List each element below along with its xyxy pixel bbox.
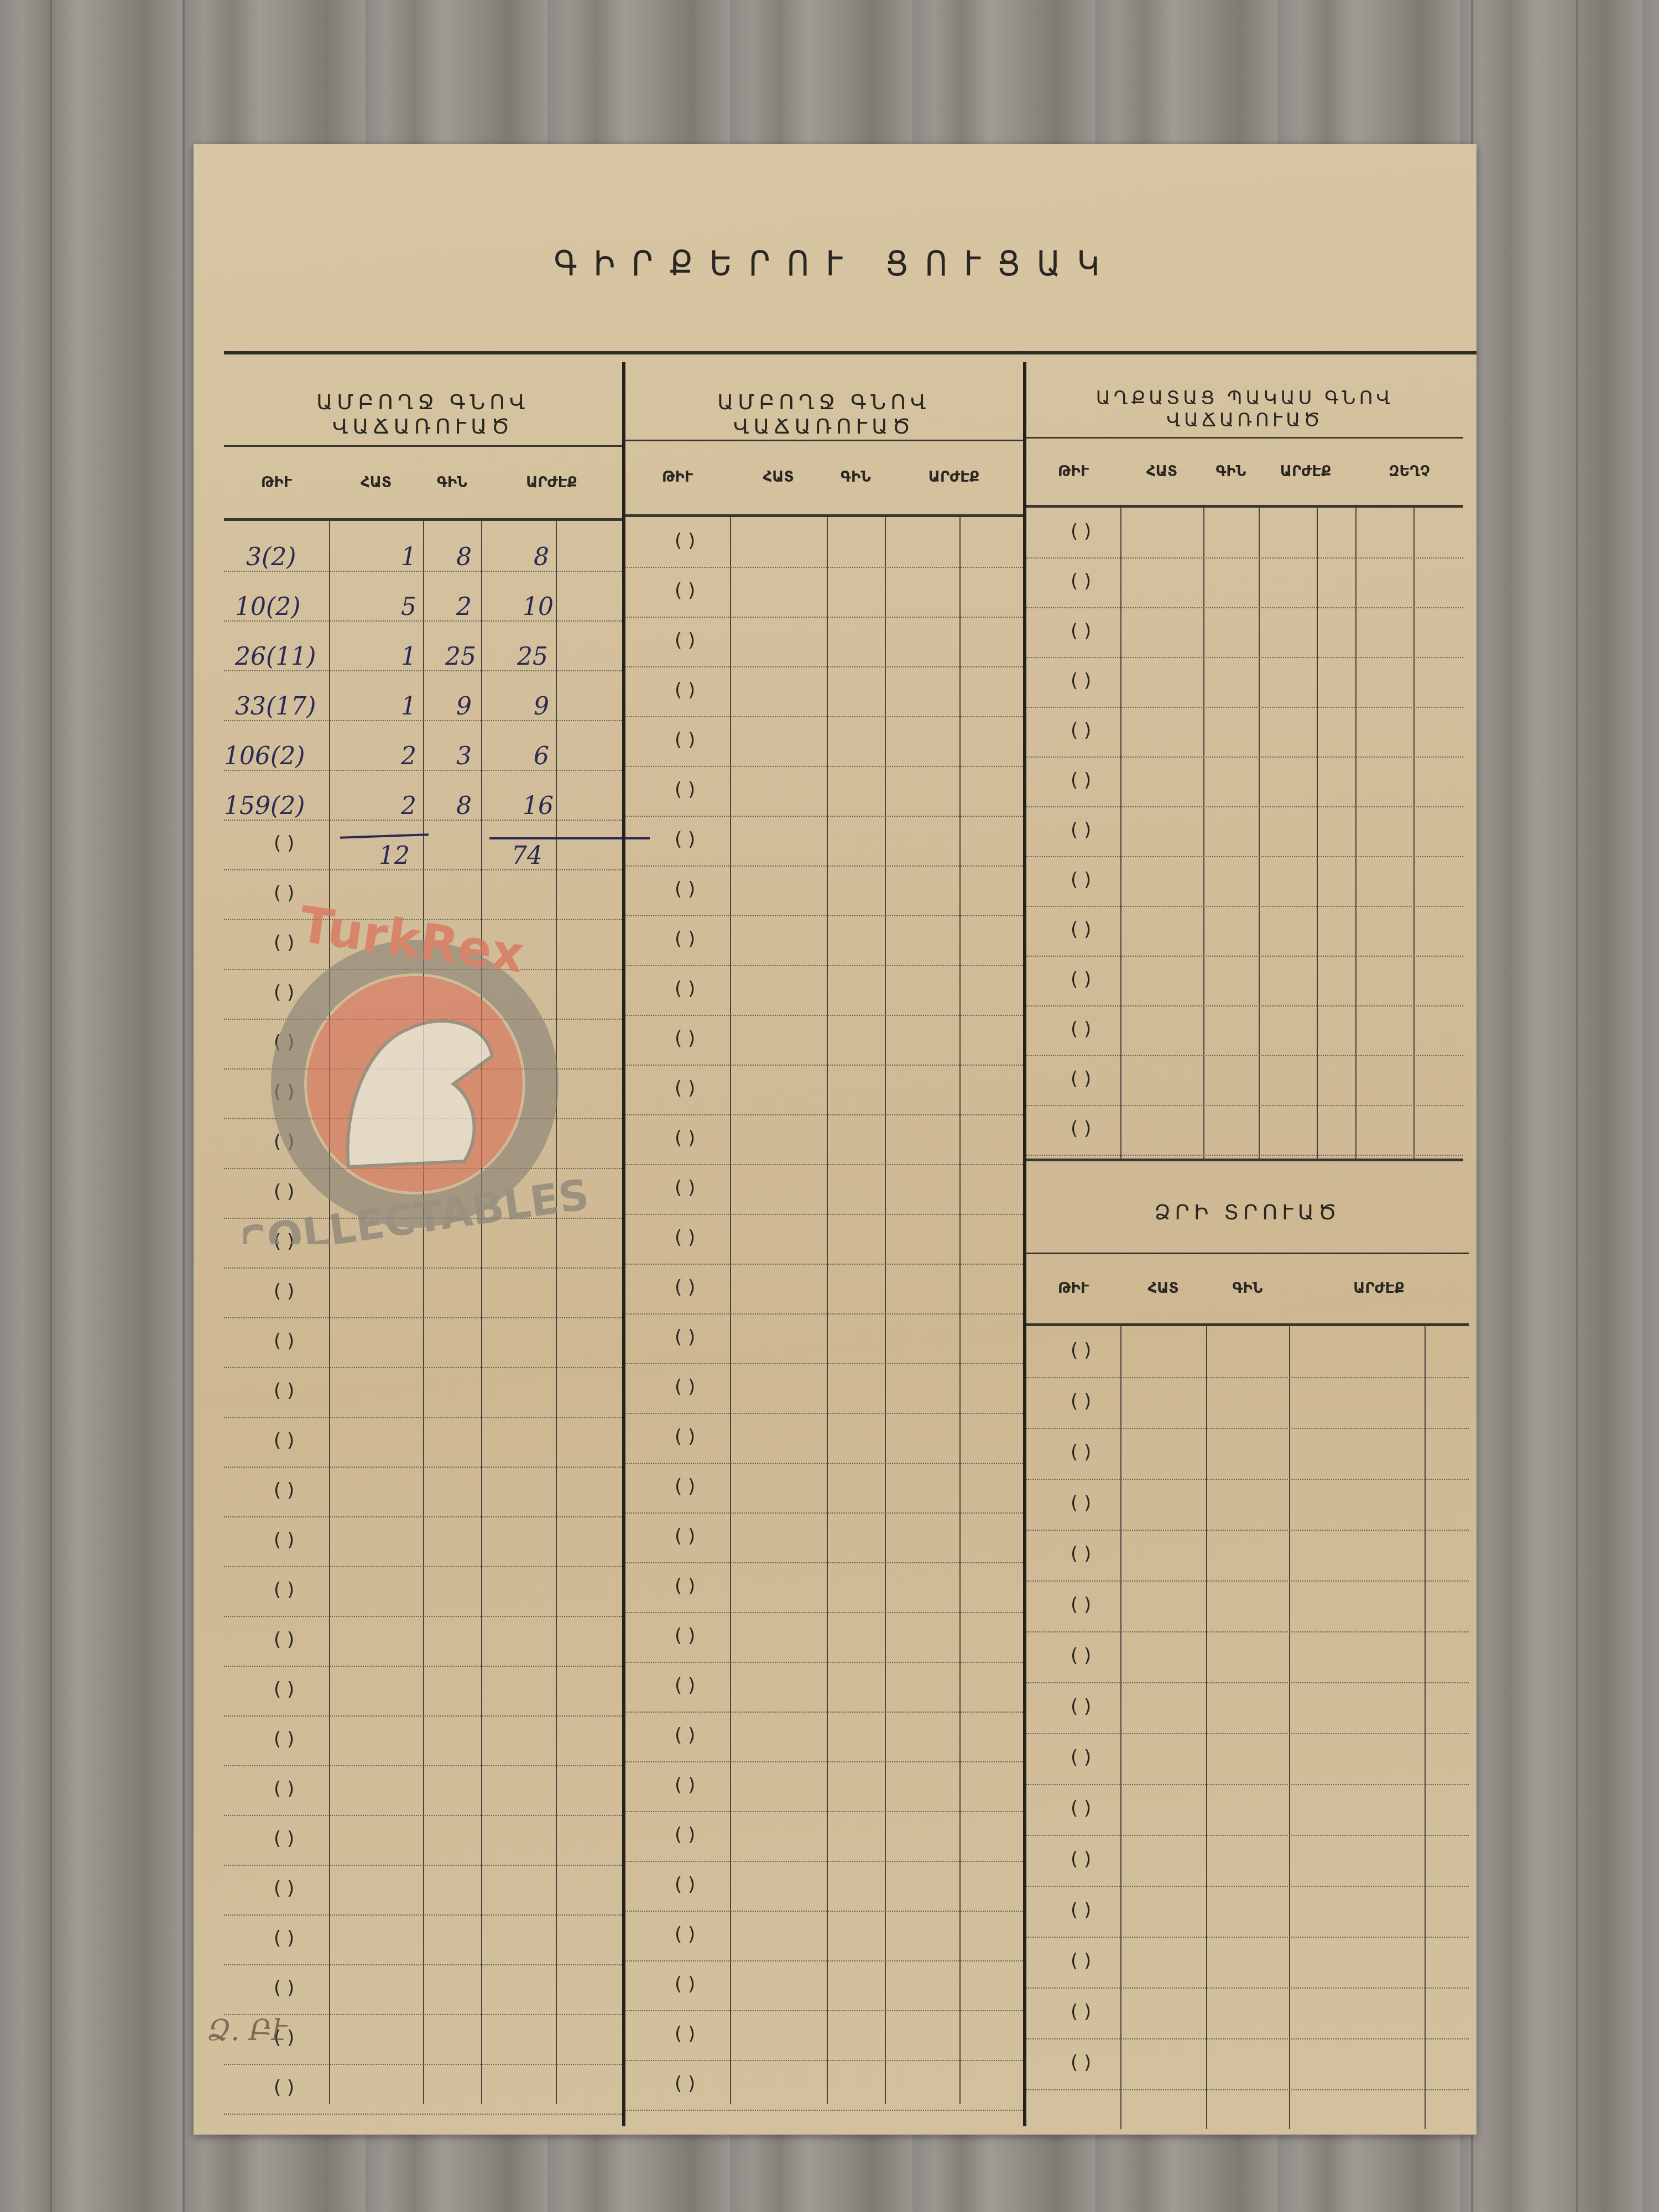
table-row: ( ) xyxy=(224,1865,622,1916)
entry-number-placeholder: ( ) xyxy=(1071,1441,1091,1463)
table-row: ( ) xyxy=(224,1765,622,1816)
entry-number-placeholder: ( ) xyxy=(274,1579,294,1601)
divider xyxy=(625,440,1023,441)
table-row: ( ) xyxy=(625,1363,1023,1414)
table-row: ( ) xyxy=(625,1512,1023,1563)
entry-price: 2 xyxy=(456,593,472,621)
entry-price: 8 xyxy=(456,543,472,571)
col-header-value: ԱՐԺԷՔ xyxy=(481,448,622,517)
entry-number-placeholder: ( ) xyxy=(675,1923,695,1945)
col-header-copies: ՀԱՏ xyxy=(1120,1255,1206,1322)
entry-number-placeholder: ( ) xyxy=(675,1774,695,1796)
divider xyxy=(1026,1253,1469,1254)
entry-number-placeholder: ( ) xyxy=(1071,1068,1091,1090)
table-row: ( ) xyxy=(625,2060,1023,2111)
table-row: ( ) xyxy=(1026,757,1463,807)
table-row: ( ) xyxy=(1026,2038,1469,2090)
entry-copies: 5 xyxy=(401,593,416,621)
divider xyxy=(1026,1159,1463,1161)
entry-number-placeholder: ( ) xyxy=(274,882,294,904)
table-row: ( ) xyxy=(1026,856,1463,907)
entry-number-placeholder: ( ) xyxy=(274,1430,294,1452)
entry-number-placeholder: ( ) xyxy=(1071,2001,1091,2023)
table-row: ( ) xyxy=(625,1164,1023,1215)
entry-number-placeholder: ( ) xyxy=(1071,1899,1091,1921)
entry-number-placeholder: ( ) xyxy=(675,580,695,602)
entry-number-placeholder: ( ) xyxy=(274,2077,294,2099)
table-row: ( ) xyxy=(625,567,1023,618)
table-row: ( ) xyxy=(224,1616,622,1667)
col-header-copies: ՀԱՏ xyxy=(1120,440,1203,503)
entry-number-placeholder: ( ) xyxy=(675,1426,695,1448)
entry-number-placeholder: ( ) xyxy=(675,1824,695,1846)
section-heading: ԱՄԲՈՂՋ ԳՆՈՎ ՎԱՃԱՌՈՒԱԾ xyxy=(224,390,622,439)
col-header-value: ԱՐԺԷՔ xyxy=(1289,1255,1469,1322)
table-row: ( ) xyxy=(625,1562,1023,1613)
entry-number-placeholder: ( ) xyxy=(675,679,695,701)
table-row: ( ) xyxy=(625,1264,1023,1314)
table-row: ( ) xyxy=(224,1914,622,1965)
table-row: ( ) xyxy=(1026,1886,1469,1938)
entry-price: 25 xyxy=(445,643,476,671)
entry-number: 3(2) xyxy=(246,543,296,571)
entry-number-placeholder: ( ) xyxy=(675,1575,695,1597)
entry-number-placeholder: ( ) xyxy=(274,1678,294,1700)
entry-copies: 2 xyxy=(401,742,416,770)
table-row: ( ) xyxy=(625,517,1023,568)
table-row: ( ) xyxy=(224,1666,622,1717)
entry-number-placeholder: ( ) xyxy=(675,2073,695,2095)
table-row: ( ) xyxy=(224,1566,622,1617)
entry-number-placeholder: ( ) xyxy=(1071,1645,1091,1667)
entry-value: 25 xyxy=(517,643,548,671)
col-header-price: ԳԻՆ xyxy=(1203,440,1259,503)
entry-number-placeholder: ( ) xyxy=(1071,1492,1091,1514)
entry-number-placeholder: ( ) xyxy=(675,1376,695,1398)
entry-value: 8 xyxy=(534,543,549,571)
table-row: ( ) xyxy=(1026,1428,1469,1480)
table-row: ( ) xyxy=(1026,1055,1463,1106)
entry-number-placeholder: ( ) xyxy=(1071,1543,1091,1565)
table-row: ( ) xyxy=(625,865,1023,916)
entry-value: 16 xyxy=(523,792,554,820)
section-full-price-sold-2: ԱՄԲՈՂՋ ԳՆՈՎ ՎԱՃԱՌՈՒԱԾ ԹԻՒ ՀԱՏ ԳԻՆ ԱՐԺԷՔ … xyxy=(625,362,1023,2104)
col-header-number: ԹԻՒ xyxy=(1026,1255,1120,1322)
title-rule xyxy=(224,351,1477,354)
divider xyxy=(224,445,622,447)
col-header-value: ԱՐԺԷՔ xyxy=(885,442,1023,512)
entry-number-placeholder: ( ) xyxy=(274,1479,294,1501)
entry-number-placeholder: ( ) xyxy=(1071,670,1091,692)
table-row: ( ) xyxy=(224,1367,622,1418)
col-header-discount: ԶԵՂՉ xyxy=(1355,440,1463,503)
entry-number-placeholder: ( ) xyxy=(274,1280,294,1302)
table-row: ( ) xyxy=(625,666,1023,717)
table-row: ( ) xyxy=(1026,657,1463,708)
table-row: ( ) xyxy=(1026,906,1463,957)
table-row: ( ) xyxy=(625,2010,1023,2061)
entries-grid: ( )( )( )( )( )( )( )( )( )( )( )( )( )(… xyxy=(625,517,1023,2104)
table-row: ( ) xyxy=(1026,1326,1469,1378)
total-copies: 12 xyxy=(379,842,410,870)
entry-number-placeholder: ( ) xyxy=(1071,1695,1091,1718)
table-row: ( ) xyxy=(224,1815,622,1866)
entry-number-placeholder: ( ) xyxy=(1071,1746,1091,1768)
entry-number-placeholder: ( ) xyxy=(675,1227,695,1249)
table-row: ( ) xyxy=(1026,806,1463,857)
entry-number-placeholder: ( ) xyxy=(274,1529,294,1551)
entries-grid: ( )( )( )( )( )( )( )( )( )( )( )( )( )(… xyxy=(1026,1326,1469,2129)
entry-number-placeholder: ( ) xyxy=(1071,520,1091,542)
entry-number-placeholder: ( ) xyxy=(1071,968,1091,990)
entry-number-placeholder: ( ) xyxy=(274,1380,294,1402)
table-row: ( ) xyxy=(625,1811,1023,1862)
section-heading: ՁՐԻ ՏՐՈՒԱԾ xyxy=(1026,1200,1469,1224)
entry-number-placeholder: ( ) xyxy=(1071,719,1091,742)
divider xyxy=(1026,437,1463,439)
section-heading: ԱՄԲՈՂՋ ԳՆՈՎ ՎԱՃԱՌՈՒԱԾ xyxy=(625,390,1023,439)
table-row: ( ) xyxy=(224,1516,622,1567)
entry-number-placeholder: ( ) xyxy=(1071,1118,1091,1140)
section-heading: ԱՂՔԱՏԱՑ ՊԱԿԱՍ ԳՆՈՎ ՎԱՃԱՌՈՒԱԾ xyxy=(1026,387,1463,431)
table-row: ( ) xyxy=(625,766,1023,817)
entry-number-placeholder: ( ) xyxy=(675,1027,695,1050)
table-row: ( ) xyxy=(224,1317,622,1368)
table-row: ( ) xyxy=(1026,1005,1463,1056)
table-row: ( ) xyxy=(625,965,1023,1016)
entry-price: 9 xyxy=(456,692,472,721)
col-header-price: ԳԻՆ xyxy=(1206,1255,1289,1322)
entry-number-placeholder: ( ) xyxy=(1071,769,1091,791)
margin-note: Ձ. Բէ xyxy=(207,2014,287,2047)
entry-number-placeholder: ( ) xyxy=(1071,1797,1091,1819)
table-row: ( ) xyxy=(625,1960,1023,2011)
turkrex-watermark-logo: TurkRex COLLECTABLES xyxy=(243,901,586,1244)
table-row: ( ) xyxy=(224,1417,622,1468)
entry-number-placeholder: ( ) xyxy=(675,1077,695,1099)
entry-number-placeholder: ( ) xyxy=(1071,2052,1091,2074)
table-row: ( ) xyxy=(1026,607,1463,658)
entry-price: 8 xyxy=(456,792,472,820)
entry-number-placeholder: ( ) xyxy=(1071,620,1091,642)
table-row: ( ) xyxy=(625,1761,1023,1812)
entry-number-placeholder: ( ) xyxy=(274,1330,294,1352)
entry-number: 26(11) xyxy=(235,643,316,671)
entry-number-placeholder: ( ) xyxy=(274,1778,294,1800)
total-value: 74 xyxy=(512,842,542,870)
section-given-free: ՁՐԻ ՏՐՈՒԱԾ ԹԻՒ ՀԱՏ ԳԻՆ ԱՐԺԷՔ ( )( )( )( … xyxy=(1026,1167,1469,2129)
entry-number-placeholder: ( ) xyxy=(675,1973,695,1995)
table-row: ( ) xyxy=(625,915,1023,966)
entry-number-placeholder: ( ) xyxy=(675,1326,695,1348)
table-row: ( ) xyxy=(625,1214,1023,1265)
entry-number-placeholder: ( ) xyxy=(675,729,695,751)
col-header-number: ԹԻՒ xyxy=(625,442,730,512)
entry-number-placeholder: ( ) xyxy=(675,1525,695,1547)
entry-value: 9 xyxy=(534,692,549,721)
entry-number-placeholder: ( ) xyxy=(274,1728,294,1750)
table-row: ( ) xyxy=(1026,1987,1469,2039)
table-row: ( ) xyxy=(625,716,1023,767)
entry-number-placeholder: ( ) xyxy=(675,828,695,851)
table-row: ( ) xyxy=(625,1463,1023,1514)
book-list-form: ԳԻՐՔԵՐՈՒ ՑՈՒՑԱԿ ԱՄԲՈՂՋ ԳՆՈՎ ՎԱՃԱՌՈՒԱԾ ԹԻ… xyxy=(194,144,1477,2135)
entry-number-placeholder: ( ) xyxy=(675,928,695,950)
table-row: ( ) xyxy=(224,1715,622,1766)
entry-copies: 1 xyxy=(401,543,416,571)
entry-number: 106(2) xyxy=(224,742,305,770)
entry-number-placeholder: ( ) xyxy=(1071,1018,1091,1040)
table-row: ( ) xyxy=(1026,1682,1469,1734)
entry-copies: 1 xyxy=(401,692,416,721)
table-row: ( ) xyxy=(625,1612,1023,1663)
entry-number-placeholder: ( ) xyxy=(274,1828,294,1850)
entry-number-placeholder: ( ) xyxy=(1071,1848,1091,1870)
entry-number: 10(2) xyxy=(235,593,300,621)
entry-number-placeholder: ( ) xyxy=(675,1674,695,1697)
table-row: ( ) xyxy=(1026,956,1463,1006)
table-row: ( ) xyxy=(625,1313,1023,1364)
entry-number-placeholder: ( ) xyxy=(1071,1390,1091,1412)
table-row: ( ) xyxy=(1026,1937,1469,1989)
table-row: ( ) xyxy=(1026,1479,1469,1531)
entry-number-placeholder: ( ) xyxy=(675,1276,695,1298)
entry-number-placeholder: ( ) xyxy=(675,1475,695,1498)
entry-value: 6 xyxy=(534,742,549,770)
entry-number-placeholder: ( ) xyxy=(1071,1950,1091,1972)
col-header-price: ԳԻՆ xyxy=(827,442,885,512)
entry-number-placeholder: ( ) xyxy=(1071,1339,1091,1361)
col-header-price: ԳԻՆ xyxy=(423,448,481,517)
table-row: ( ) xyxy=(1026,1580,1469,1632)
table-row: ( ) xyxy=(1026,508,1463,559)
entry-number-placeholder: ( ) xyxy=(1071,570,1091,592)
entry-number: 159(2) xyxy=(224,792,305,820)
table-row: ( ) xyxy=(625,1413,1023,1464)
entry-number-placeholder: ( ) xyxy=(675,878,695,900)
entry-number-placeholder: ( ) xyxy=(1071,819,1091,841)
entry-number-placeholder: ( ) xyxy=(675,1625,695,1647)
table-row: ( ) xyxy=(625,1911,1023,1961)
table-row: ( ) xyxy=(1026,1530,1469,1582)
table-row: ( ) xyxy=(1026,1377,1469,1429)
entries-grid: ( )( )( )( )( )( )( )( )( )( )( )( )( ) xyxy=(1026,508,1463,1160)
entry-number-placeholder: ( ) xyxy=(1071,919,1091,941)
table-row: ( ) xyxy=(625,1015,1023,1066)
entry-number-placeholder: ( ) xyxy=(274,1927,294,1949)
entry-number-placeholder: ( ) xyxy=(274,832,294,854)
entry-copies: 2 xyxy=(401,792,416,820)
entry-number-placeholder: ( ) xyxy=(675,1724,695,1746)
table-row: ( ) xyxy=(625,816,1023,867)
table-row: ( ) xyxy=(625,1662,1023,1713)
table-row: ( ) xyxy=(224,1467,622,1517)
col-header-value: ԱՐԺԷՔ xyxy=(1259,440,1353,503)
table-row: ( ) xyxy=(224,2064,622,2115)
entry-number-placeholder: ( ) xyxy=(675,978,695,1000)
table-row: ( ) xyxy=(1026,1784,1469,1836)
entry-number-placeholder: ( ) xyxy=(274,1877,294,1900)
table-row: ( ) xyxy=(224,1267,622,1318)
table-row: ( ) xyxy=(1026,1105,1463,1156)
table-row: ( ) xyxy=(625,617,1023,667)
table-row: ( ) xyxy=(625,1712,1023,1762)
table-row: ( ) xyxy=(625,1114,1023,1165)
table-row: ( ) xyxy=(1026,557,1463,608)
table-row: ( ) xyxy=(1026,1835,1469,1887)
table-row: ( ) xyxy=(1026,707,1463,758)
entry-number-placeholder: ( ) xyxy=(675,629,695,651)
col-header-copies: ՀԱՏ xyxy=(329,448,423,517)
entry-number-placeholder: ( ) xyxy=(274,1629,294,1651)
entry-number-placeholder: ( ) xyxy=(675,1177,695,1199)
section-discount-sold: ԱՂՔԱՏԱՑ ՊԱԿԱՍ ԳՆՈՎ ՎԱՃԱՌՈՒԱԾ ԹԻՒ ՀԱՏ ԳԻՆ… xyxy=(1026,362,1463,1159)
entry-number-placeholder: ( ) xyxy=(675,530,695,552)
entry-number-placeholder: ( ) xyxy=(675,2023,695,2045)
entries-grid: ( )( )( )( )( )( )( )( )( )( )( )( )( )(… xyxy=(224,521,622,2104)
entry-number-placeholder: ( ) xyxy=(1071,1594,1091,1616)
entry-price: 3 xyxy=(456,742,472,770)
table-row: ( ) xyxy=(625,1065,1023,1115)
entry-copies: 1 xyxy=(401,643,416,671)
col-header-number: ԹԻՒ xyxy=(1026,440,1120,503)
table-row: ( ) xyxy=(1026,1733,1469,1785)
entry-number-placeholder: ( ) xyxy=(675,1874,695,1896)
col-header-number: ԹԻՒ xyxy=(224,448,329,517)
table-row: ( ) xyxy=(224,820,622,870)
form-title: ԳԻՐՔԵՐՈՒ ՑՈՒՑԱԿ xyxy=(194,243,1477,284)
entry-number: 33(17) xyxy=(235,692,316,721)
table-row: ( ) xyxy=(625,1861,1023,1912)
entry-number-placeholder: ( ) xyxy=(675,779,695,801)
entry-value: 10 xyxy=(523,593,554,621)
col-header-copies: ՀԱՏ xyxy=(730,442,827,512)
table-row: ( ) xyxy=(224,1964,622,2015)
entry-number-placeholder: ( ) xyxy=(675,1127,695,1149)
entry-number-placeholder: ( ) xyxy=(1071,869,1091,891)
table-row: ( ) xyxy=(1026,1631,1469,1683)
entry-number-placeholder: ( ) xyxy=(274,1977,294,1999)
